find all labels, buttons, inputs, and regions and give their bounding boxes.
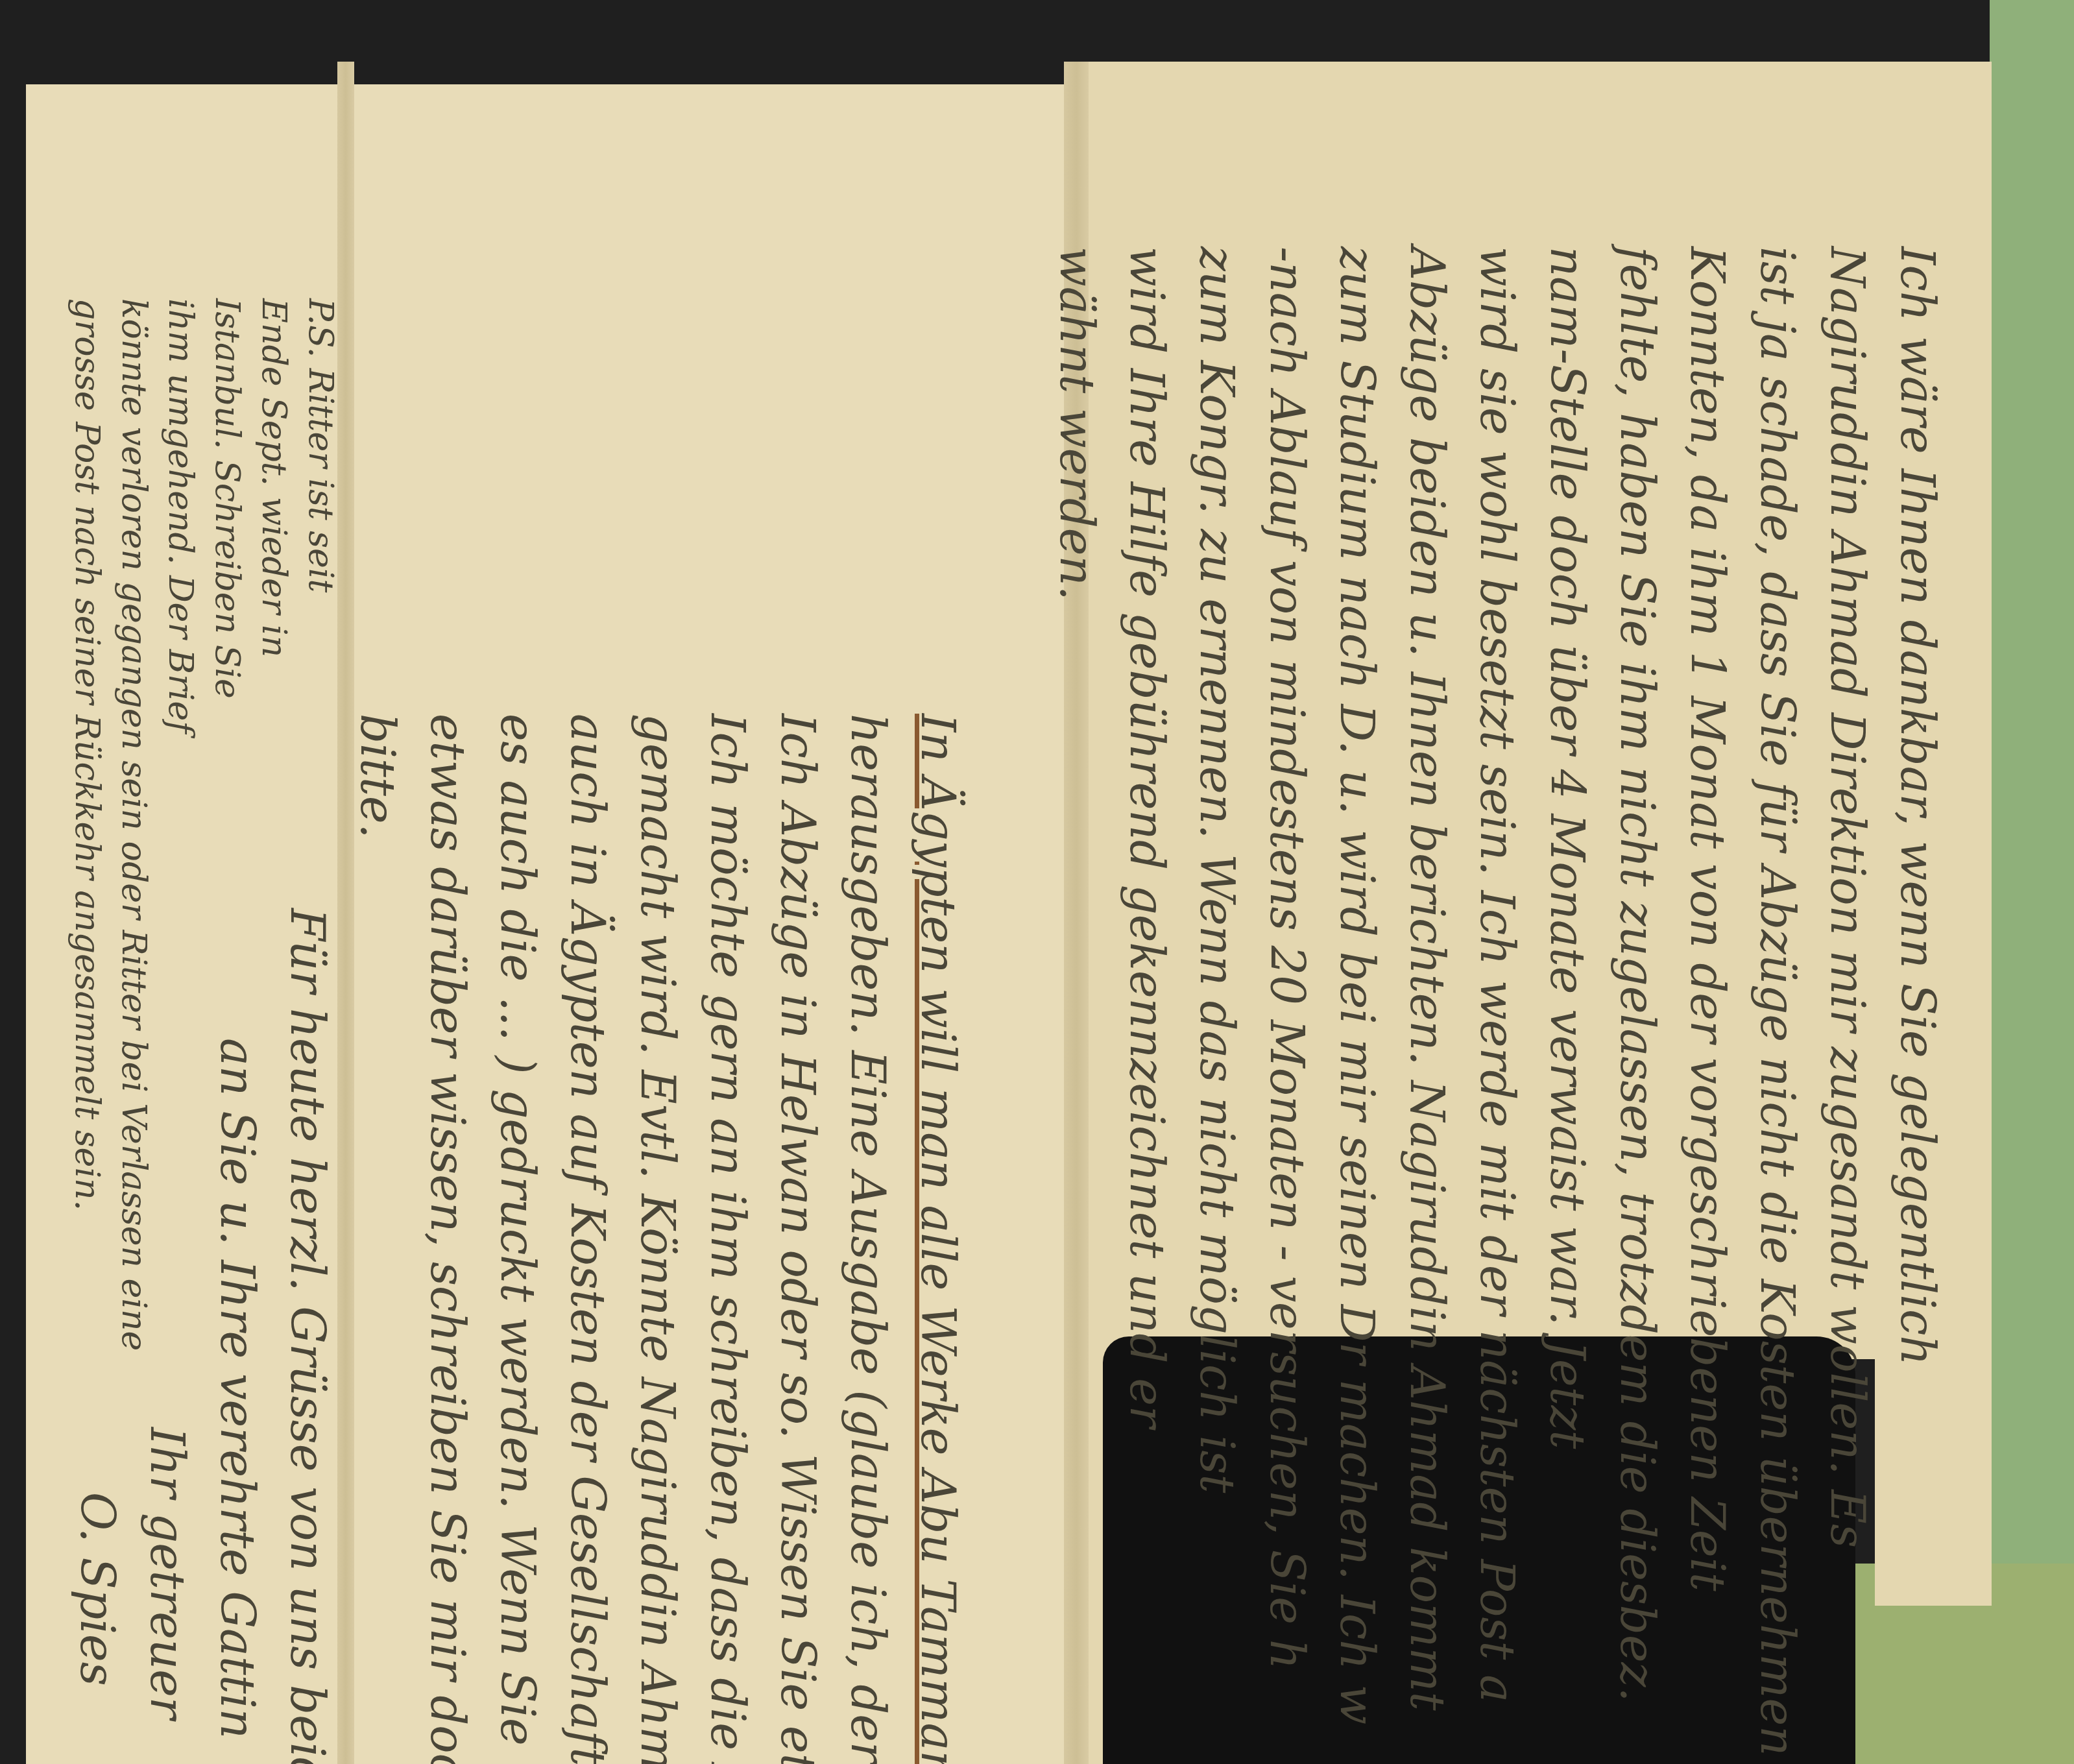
letter-line: fehlte, haben Sie ihm nicht zugelassen, …	[1602, 247, 1672, 1739]
letter-line: In Ägypten will man alle Werke Abu Tamma…	[903, 714, 973, 1687]
postscript-text: P.S. Ritter ist seit Ende Sept. wieder i…	[64, 298, 344, 1661]
letter-line: Ich wäre Ihnen dankbar, wenn Sie gelegen…	[1883, 247, 1953, 1739]
letter-line: es auch die ... ) gedruckt werden. Wenn …	[483, 714, 553, 1687]
letter-line: zum Kongr. zu ernennen. Wenn das nicht m…	[1182, 247, 1252, 1739]
ps-line: könnte verloren gegangen sein oder Ritte…	[110, 298, 157, 1661]
letter-line: zum Studium nach D. u. wird bei mir sein…	[1322, 247, 1392, 1739]
letter-line: wird sie wohl besetzt sein. Ich werde mi…	[1462, 247, 1532, 1739]
green-mount-strip	[1990, 0, 2074, 1764]
ps-line: ihm umgehend. Der Brief	[157, 298, 204, 1661]
letter-line: gemacht wird. Evtl. Könnte Nagiruddin Ah…	[623, 714, 693, 1687]
letter-line: Nagiruddin Ahmad Direktion mir zugesandt…	[1813, 247, 1883, 1739]
main-letter-text: Ich wäre Ihnen dankbar, wenn Sie gelegen…	[1042, 247, 1953, 1739]
letter-line: ist ja schade, dass Sie für Abzüge nicht…	[1742, 247, 1813, 1739]
letter-line: Abzüge beiden u. Ihnen berichten. Nagiru…	[1392, 247, 1462, 1739]
letter-line: Konnten, da ihm 1 Monat von der vorgesch…	[1672, 247, 1742, 1739]
letter-line: bitte.	[343, 714, 413, 1687]
ps-line: Ende Sept. wieder in	[250, 298, 297, 1661]
letter-line: Ich Abzüge in Helwan oder so. Wissen Sie…	[763, 714, 833, 1687]
letter-line: auch in Ägypten auf Kosten der Gesellsch…	[553, 714, 623, 1687]
ps-line: P.S. Ritter ist seit	[297, 298, 344, 1661]
letter-line: nam-Stelle doch über 4 Monate verwaist w…	[1532, 247, 1602, 1739]
letter-line: etwas darüber wissen, schreiben Sie mir …	[413, 714, 483, 1687]
letter-line: Ich möchte gern an ihm schreiben, dass d…	[693, 714, 763, 1687]
letter-line: herausgeben. Eine Ausgabe (glaube ich, d…	[833, 714, 903, 1687]
letter-line: wähnt werden.	[1042, 247, 1112, 1739]
letter-line: -nach Ablauf von mindestens 20 Monaten -…	[1252, 247, 1322, 1739]
ps-line: Istanbul. Schreiben Sie	[204, 298, 250, 1661]
letter-line: wird Ihre Hilfe gebührend gekennzeichnet…	[1112, 247, 1182, 1739]
ps-line: grosse Post nach seiner Rückkehr angesam…	[64, 298, 110, 1661]
